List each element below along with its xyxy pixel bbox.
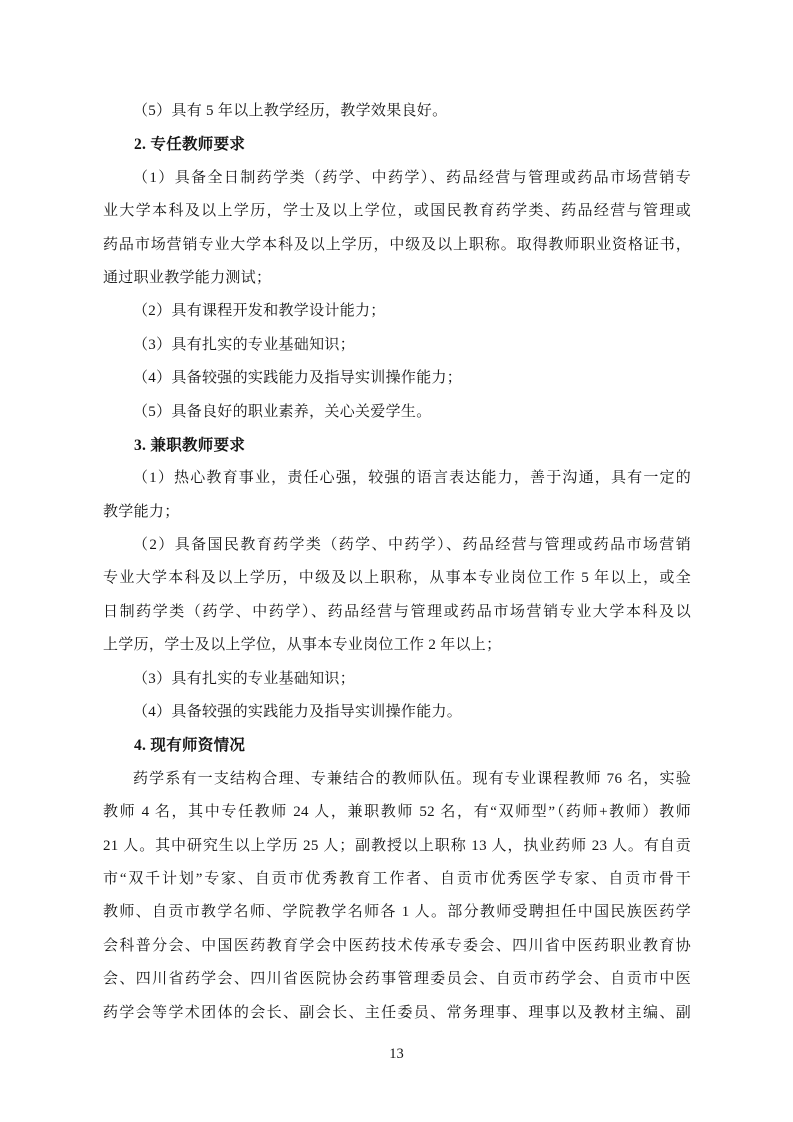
text-line: 会、四川省药学会、四川省医院协会药事管理委员会、自贡市药学会、自贡市中医: [103, 963, 691, 996]
text-line: 教师、自贡市教学名师、学院教学名师各 1 人。部分教师受聘担任中国民族医药学: [103, 896, 691, 929]
text-line: 药学系有一支结构合理、专兼结合的教师队伍。现有专业课程教师 76 名，实验: [103, 763, 691, 796]
text-line: 会科普分会、中国医药教育学会中医药技术传承专委会、四川省中医药职业教育协: [103, 930, 691, 963]
document-body: （5）具有 5 年以上教学经历，教学效果良好。2. 专任教师要求（1）具备全日制…: [103, 95, 691, 1030]
text-line: 教学能力；: [103, 496, 691, 529]
document-page: （5）具有 5 年以上教学经历，教学效果良好。2. 专任教师要求（1）具备全日制…: [0, 0, 793, 1122]
text-line: 2. 专任教师要求: [103, 128, 691, 161]
text-line: 市“双千计划”专家、自贡市优秀教育工作者、自贡市优秀医学专家、自贡市骨干: [103, 863, 691, 896]
text-line: （5）具备良好的职业素养，关心关爱学生。: [103, 396, 691, 429]
text-line: （3）具有扎实的专业基础知识；: [103, 329, 691, 362]
text-line: （1）具备全日制药学类（药学、中药学）、药品经营与管理或药品市场营销专: [103, 162, 691, 195]
text-line: 通过职业教学能力测试；: [103, 262, 691, 295]
text-line: （3）具有扎实的专业基础知识；: [103, 663, 691, 696]
text-line: （1）热心教育事业，责任心强，较强的语言表达能力，善于沟通，具有一定的: [103, 462, 691, 495]
page-number: 13: [0, 1044, 793, 1064]
text-line: （2）具备国民教育药学类（药学、中药学）、药品经营与管理或药品市场营销: [103, 529, 691, 562]
text-line: 业大学本科及以上学历，学士及以上学位，或国民教育药学类、药品经营与管理或: [103, 195, 691, 228]
text-line: 教师 4 名，其中专任教师 24 人，兼职教师 52 名，有“双师型”（药师+教…: [103, 796, 691, 829]
text-line: （5）具有 5 年以上教学经历，教学效果良好。: [103, 95, 691, 128]
text-line: 专业大学本科及以上学历，中级及以上职称，从事本专业岗位工作 5 年以上，或全: [103, 562, 691, 595]
text-line: 21 人。其中研究生以上学历 25 人；副教授以上职称 13 人，执业药师 23…: [103, 830, 691, 863]
text-line: 药品市场营销专业大学本科及以上学历，中级及以上职称。取得教师职业资格证书，: [103, 229, 691, 262]
text-line: 上学历，学士及以上学位，从事本专业岗位工作 2 年以上；: [103, 629, 691, 662]
text-line: 日制药学类（药学、中药学）、药品经营与管理或药品市场营销专业大学本科及以: [103, 596, 691, 629]
text-line: （2）具有课程开发和教学设计能力；: [103, 295, 691, 328]
text-line: 药学会等学术团体的会长、副会长、主任委员、常务理事、理事以及教材主编、副: [103, 997, 691, 1030]
text-line: （4）具备较强的实践能力及指导实训操作能力；: [103, 362, 691, 395]
text-line: （4）具备较强的实践能力及指导实训操作能力。: [103, 696, 691, 729]
text-line: 4. 现有师资情况: [103, 729, 691, 762]
text-line: 3. 兼职教师要求: [103, 429, 691, 462]
